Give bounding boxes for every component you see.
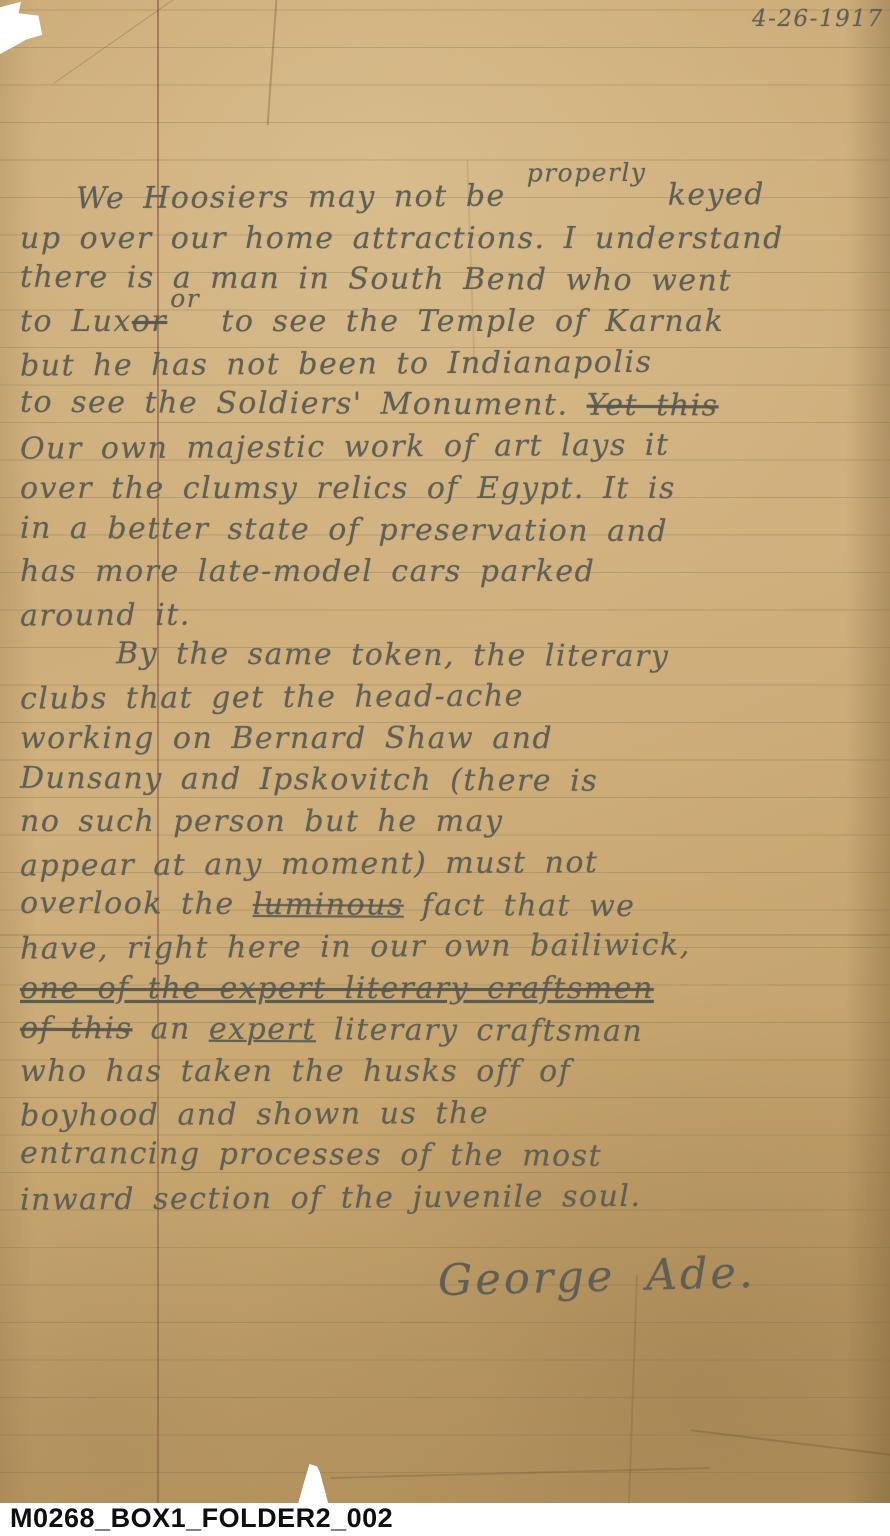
letter-segment: to see the Soldiers' Monument. — [20, 385, 587, 423]
letter-segment: Dunsany and Ipskovitch (there is — [20, 760, 598, 798]
crease-mark — [628, 1275, 638, 1503]
caption-bar: M0268_BOX1_FOLDER2_002 — [0, 1503, 890, 1536]
letter-line: over the clumsy relics of Egypt. It is — [20, 468, 886, 510]
archive-caption: M0268_BOX1_FOLDER2_002 — [10, 1503, 393, 1534]
letter-line: By the same token, the literary — [20, 632, 886, 678]
letter-segment-strike: of this — [20, 1010, 133, 1046]
letter-segment-overwrite: luminous — [253, 887, 404, 923]
letter-line: Our own majestic work of art lays it — [20, 423, 886, 470]
letter-segment: Our own majestic work of art lays it — [20, 428, 670, 467]
letter-segment: literary craftsman — [316, 1012, 644, 1049]
letter-segment: over the clumsy relics of Egypt. It is — [20, 471, 676, 506]
letter-segment: has more late-model cars parked — [20, 554, 595, 589]
letter-segment: appear at any moment) must not — [20, 845, 599, 884]
letter-line: to Luxoror to see the Temple of Karnak — [20, 301, 886, 343]
letter-line: there is a man in South Bend who went — [20, 257, 886, 303]
letter-segment: keyed — [650, 177, 766, 213]
letter-segment: boyhood and shown us the — [20, 1096, 489, 1134]
letter-segment: inward section of the juvenile soul. — [20, 1178, 642, 1217]
date-annotation: 4-26-1917 — [752, 6, 883, 32]
letter-segment: but he has not been to Indianapolis — [20, 345, 653, 384]
letter-line: in a better state of preservation and — [20, 507, 886, 553]
letter-segment: entrancing processes of the most — [20, 1136, 602, 1174]
letter-segment: clubs that get the head-ache — [20, 679, 524, 717]
letter-segment-strike: or — [132, 304, 167, 339]
scanned-letter-page: 4-26-1917 We Hoosiers may not be properl… — [0, 0, 890, 1536]
letter-segment: who has taken the husks off of — [20, 1054, 571, 1089]
letter-segment-strike2: one of the expert literary craftsmen — [20, 971, 654, 1006]
letter-line: one of the expert literary craftsmen — [20, 968, 886, 1010]
letter-segment: By the same token, the literary — [116, 636, 670, 674]
letter-line: has more late-model cars parked — [20, 551, 886, 593]
letter-line: of this an expert literary craftsman — [20, 1007, 886, 1053]
crease-mark — [267, 0, 278, 125]
letter-segment: have, right here in our own bailiwick, — [20, 928, 691, 967]
letter-line: around it. — [20, 590, 886, 637]
letter-segment: fact that we — [404, 887, 636, 923]
letter-line: up over our home attractions. I understa… — [20, 218, 886, 260]
letter-line: no such person but he may — [20, 801, 886, 843]
letter-segment: an — [132, 1011, 208, 1046]
letter-line: entrancing processes of the most — [20, 1133, 886, 1179]
letter-paper: 4-26-1917 We Hoosiers may not be properl… — [0, 0, 890, 1503]
letter-line: appear at any moment) must not — [20, 840, 886, 887]
letter-line: but he has not been to Indianapolis — [20, 340, 886, 387]
letter-body: We Hoosiers may not be properly keyedup … — [20, 176, 886, 1218]
letter-segment-insert: or — [170, 278, 200, 320]
letter-line: to see the Soldiers' Monument. Yet this — [20, 382, 886, 428]
letter-line: We Hoosiers may not be properly keyed — [20, 173, 886, 220]
letter-line: boyhood and shown us the — [20, 1090, 886, 1137]
letter-segment: around it. — [20, 597, 191, 633]
letter-line: overlook the luminous fact that we — [20, 882, 886, 928]
letter-segment-strike: Yet this — [587, 388, 719, 424]
letter-segment: up over our home attractions. I understa… — [20, 221, 784, 256]
letter-segment: in a better state of preservation and — [20, 510, 668, 548]
letter-segment: We Hoosiers may not be — [76, 179, 524, 217]
letter-line: inward section of the juvenile soul. — [20, 1174, 886, 1221]
crease-mark — [691, 1429, 890, 1457]
letter-segment: to Lux — [20, 304, 132, 339]
letter-line: clubs that get the head-ache — [20, 674, 886, 721]
letter-segment: to see the Temple of Karnak — [203, 304, 724, 339]
letter-line: have, right here in our own bailiwick, — [20, 924, 886, 971]
letter-line: who has taken the husks off of — [20, 1051, 886, 1093]
letter-segment: no such person but he may — [20, 804, 503, 839]
signature: George Ade. — [437, 1248, 756, 1306]
letter-line: Dunsany and Ipskovitch (there is — [20, 757, 886, 803]
letter-segment: there is a man in South Bend who went — [20, 260, 732, 299]
crease-mark — [330, 1467, 710, 1479]
letter-line: working on Bernard Shaw and — [20, 718, 886, 760]
letter-segment: working on Bernard Shaw and — [20, 721, 553, 756]
letter-segment-underline: expert — [209, 1011, 316, 1047]
letter-segment-insert: properly — [527, 152, 647, 194]
letter-segment: overlook the — [20, 885, 253, 921]
